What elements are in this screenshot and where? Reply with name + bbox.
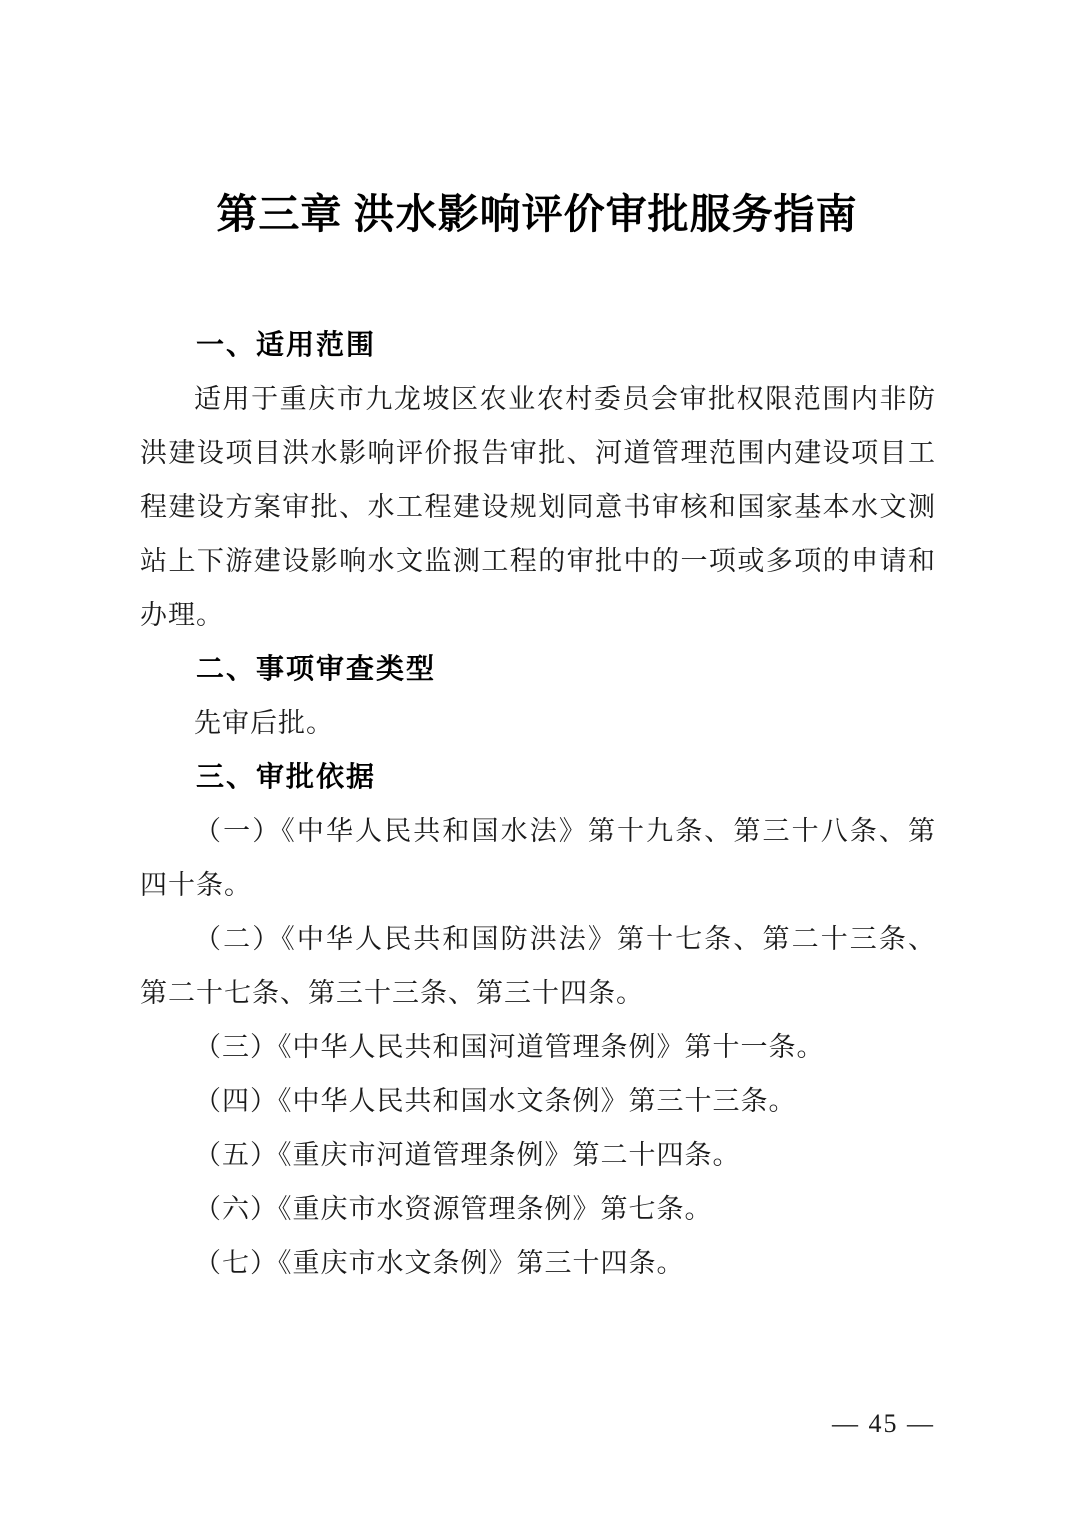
section-review-type: 二、事项审查类型 先审后批。: [140, 642, 936, 750]
approval-basis-item-4: （四）《中华人民共和国水文条例》第三十三条。: [140, 1074, 936, 1128]
approval-basis-item-3: （三）《中华人民共和国河道管理条例》第十一条。: [140, 1020, 936, 1074]
approval-basis-item-6: （六）《重庆市水资源管理条例》第七条。: [140, 1182, 936, 1236]
chapter-title: 第三章 洪水影响评价审批服务指南: [0, 0, 1074, 240]
section-review-type-paragraph: 先审后批。: [140, 696, 936, 750]
approval-basis-item-7: （七）《重庆市水文条例》第三十四条。: [140, 1236, 936, 1290]
page-number: — 45 —: [832, 1408, 935, 1440]
section-review-type-heading: 二、事项审查类型: [140, 642, 936, 696]
approval-basis-item-2: （二）《中华人民共和国防洪法》第十七条、第二十三条、第二十七条、第三十三条、第三…: [140, 912, 936, 1020]
approval-basis-item-5: （五）《重庆市河道管理条例》第二十四条。: [140, 1128, 936, 1182]
section-approval-basis-heading: 三、审批依据: [140, 750, 936, 804]
approval-basis-item-1: （一）《中华人民共和国水法》第十九条、第三十八条、第四十条。: [140, 804, 936, 912]
section-scope: 一、适用范围 适用于重庆市九龙坡区农业农村委员会审批权限范围内非防洪建设项目洪水…: [140, 318, 936, 642]
section-scope-paragraph: 适用于重庆市九龙坡区农业农村委员会审批权限范围内非防洪建设项目洪水影响评价报告审…: [140, 372, 936, 642]
document-body: 一、适用范围 适用于重庆市九龙坡区农业农村委员会审批权限范围内非防洪建设项目洪水…: [140, 318, 936, 1290]
section-scope-heading: 一、适用范围: [140, 318, 936, 372]
document-page: 第三章 洪水影响评价审批服务指南 一、适用范围 适用于重庆市九龙坡区农业农村委员…: [0, 0, 1074, 1520]
section-approval-basis: 三、审批依据 （一）《中华人民共和国水法》第十九条、第三十八条、第四十条。 （二…: [140, 750, 936, 1290]
